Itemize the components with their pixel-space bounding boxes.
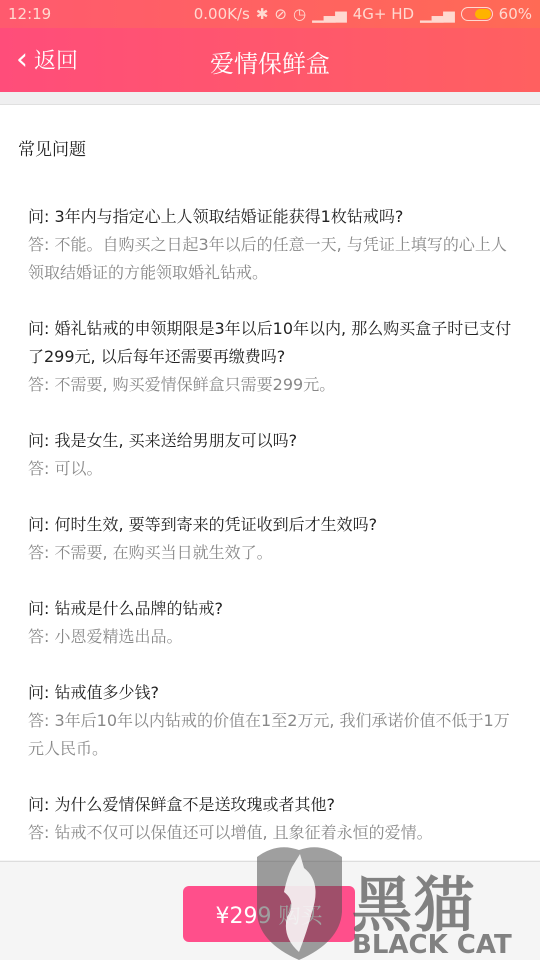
bottom-bar: ¥299 购买: [0, 861, 540, 960]
nav-bar: ‹ 返回 爱情保鲜盒: [0, 28, 540, 92]
buy-button[interactable]: ¥299 购买: [183, 886, 355, 942]
status-bar: 12:19 0.00K/s ✱ ⊘ ◷ ▁▃▅ 4G+ HD ▁▃▅ 60%: [0, 0, 540, 28]
faq-title: 常见问题: [18, 135, 86, 160]
faq-item: 问: 婚礼钻戒的申领期限是3年以后10年以内, 那么购买盒子时已支付了299元,…: [28, 315, 518, 399]
faq-answer: 答: 不能。自购买之日起3年以后的任意一天, 与凭证上填写的心上人领取结婚证的方…: [28, 231, 518, 287]
faq-answer: 答: 小恩爱精选出品。: [28, 623, 518, 651]
faq-item: 问: 为什么爱情保鲜盒不是送玫瑰或者其他? 答: 钻戒不仅可以保值还可以增值, …: [28, 791, 518, 847]
faq-item: 问: 何时生效, 要等到寄来的凭证收到后才生效吗? 答: 不需要, 在购买当日就…: [28, 511, 518, 567]
faq-answer: 答: 3年后10年以内钻戒的价值在1至2万元, 我们承诺价值不低于1万元人民币。: [28, 707, 518, 763]
faq-answer: 答: 钻戒不仅可以保值还可以增值, 且象征着永恒的爱情。: [28, 819, 518, 847]
battery-percent: 60%: [499, 5, 532, 23]
faq-question: 问: 钻戒是什么品牌的钻戒?: [28, 595, 518, 623]
signal-icon-2: ▁▃▅: [420, 5, 455, 23]
status-icons: 0.00K/s ✱ ⊘ ◷ ▁▃▅ 4G+ HD ▁▃▅ 60%: [194, 5, 532, 23]
faq-item: 问: 我是女生, 买来送给男朋友可以吗? 答: 可以。: [28, 427, 518, 483]
battery-icon: [461, 7, 493, 21]
alarm-icon: ◷: [293, 5, 306, 23]
page-title: 爱情保鲜盒: [0, 44, 540, 79]
mute-icon: ⊘: [274, 5, 287, 23]
faq-question: 问: 为什么爱情保鲜盒不是送玫瑰或者其他?: [28, 791, 518, 819]
faq-question: 问: 何时生效, 要等到寄来的凭证收到后才生效吗?: [28, 511, 518, 539]
faq-answer: 答: 不需要, 购买爱情保鲜盒只需要299元。: [28, 371, 518, 399]
faq-question: 问: 我是女生, 买来送给男朋友可以吗?: [28, 427, 518, 455]
divider: [0, 92, 540, 105]
faq-section[interactable]: 常见问题 问: 3年内与指定心上人领取结婚证能获得1枚钻戒吗? 答: 不能。自购…: [0, 105, 540, 860]
faq-list: 问: 3年内与指定心上人领取结婚证能获得1枚钻戒吗? 答: 不能。自购买之日起3…: [28, 203, 518, 875]
faq-question: 问: 钻戒值多少钱?: [28, 679, 518, 707]
bluetooth-icon: ✱: [256, 5, 269, 23]
faq-item: 问: 钻戒是什么品牌的钻戒? 答: 小恩爱精选出品。: [28, 595, 518, 651]
faq-answer: 答: 可以。: [28, 455, 518, 483]
faq-item: 问: 3年内与指定心上人领取结婚证能获得1枚钻戒吗? 答: 不能。自购买之日起3…: [28, 203, 518, 287]
network-type: 4G+ HD: [353, 5, 414, 23]
signal-icon: ▁▃▅: [312, 5, 347, 23]
status-time: 12:19: [8, 5, 51, 23]
network-speed: 0.00K/s: [194, 5, 250, 23]
faq-answer: 答: 不需要, 在购买当日就生效了。: [28, 539, 518, 567]
faq-question: 问: 3年内与指定心上人领取结婚证能获得1枚钻戒吗?: [28, 203, 518, 231]
faq-question: 问: 婚礼钻戒的申领期限是3年以后10年以内, 那么购买盒子时已支付了299元,…: [28, 315, 518, 371]
faq-item: 问: 钻戒值多少钱? 答: 3年后10年以内钻戒的价值在1至2万元, 我们承诺价…: [28, 679, 518, 763]
